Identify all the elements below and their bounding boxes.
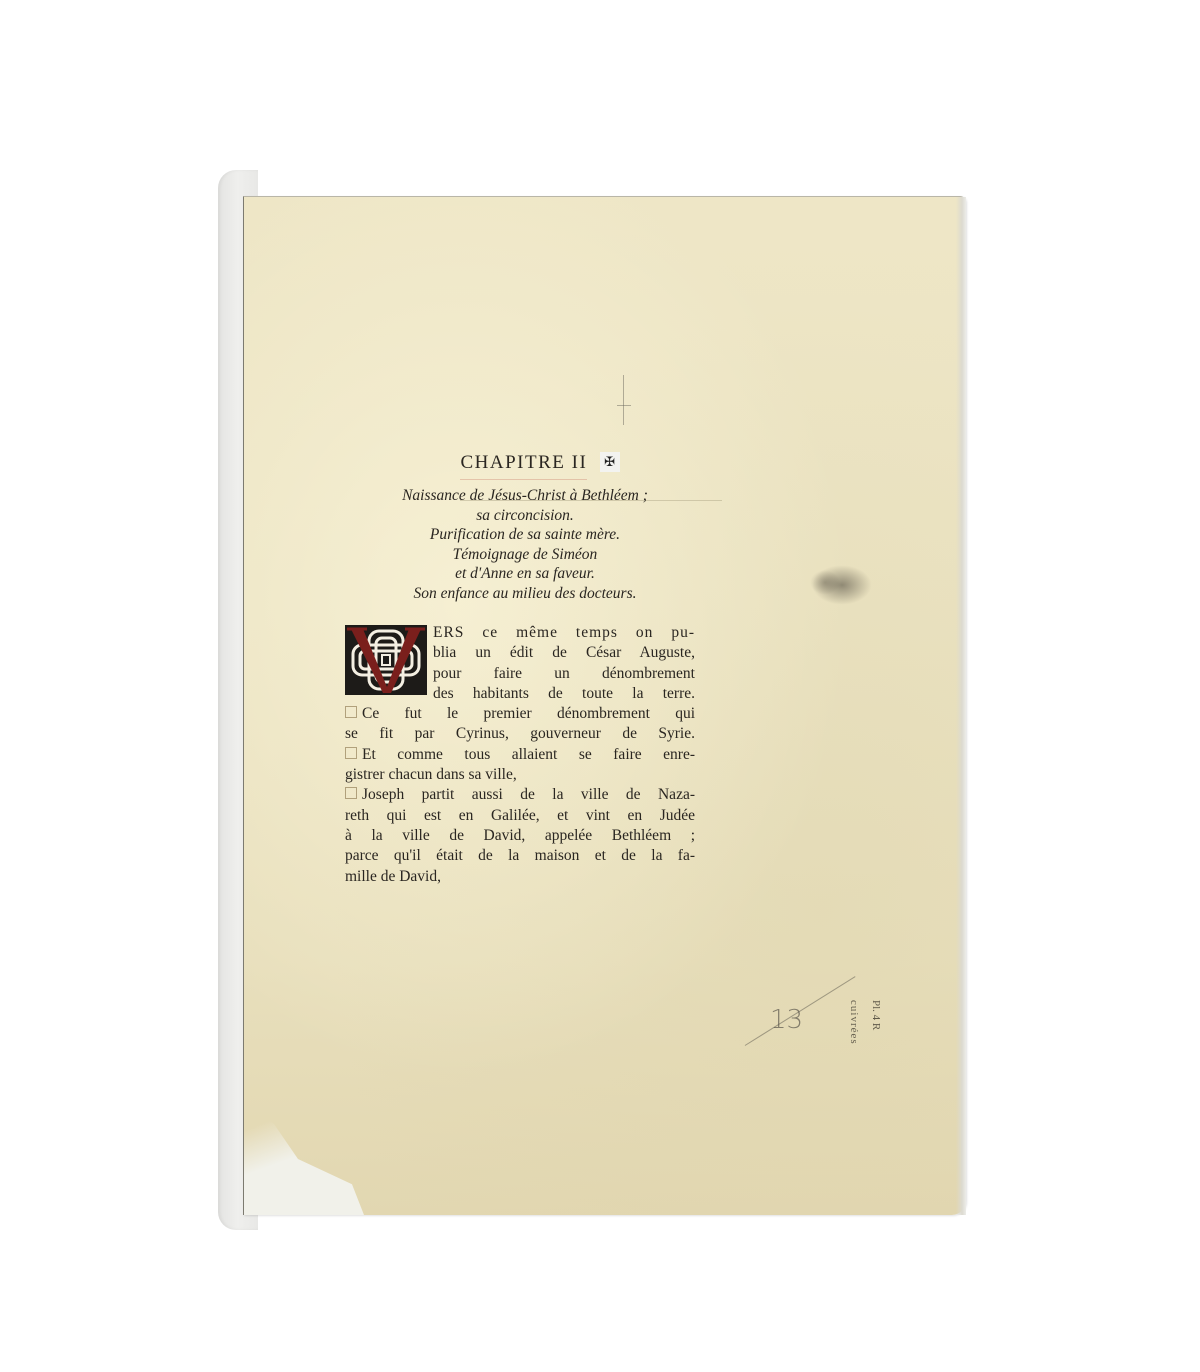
body-line: Joseph partit aussi de la ville de Naza- xyxy=(345,785,695,805)
summary-line: Son enfance au milieu des docteurs. xyxy=(355,584,695,604)
summary-line: Témoignage de Siméon xyxy=(355,545,695,565)
page-content: CHAPITRE II ✠ Naissance de Jésus-Christ … xyxy=(345,448,695,887)
body-text: ERS ce même temps on pu- blia un édit de… xyxy=(345,623,695,887)
summary-line: et d'Anne en sa faveur. xyxy=(355,564,695,584)
verse-mark-icon xyxy=(345,747,357,759)
summary-line: sa circoncision. xyxy=(355,506,695,526)
body-line-text: Joseph partit aussi de la ville de Naza- xyxy=(362,786,695,803)
body-line: reth qui est en Galilée, et vint en Judé… xyxy=(345,806,695,826)
drop-cap-knotwork-icon xyxy=(345,625,427,695)
chapter-summary: Naissance de Jésus-Christ à Bethléem ; s… xyxy=(355,486,695,603)
body-line: se fit par Cyrinus, gouverneur de Syrie. xyxy=(345,724,695,744)
body-line: Ce fut le premier dénombrement qui xyxy=(345,704,695,724)
cross-ornament-icon: ✠ xyxy=(600,452,620,472)
body-line-text: Et comme tous allaient se faire enre- xyxy=(362,746,695,763)
ink-smudge xyxy=(810,570,840,595)
chapter-title: CHAPITRE II xyxy=(460,448,587,480)
pencil-vertical-note: Pl. 4 R xyxy=(870,1000,882,1030)
summary-line: Naissance de Jésus-Christ à Bethléem ; xyxy=(355,486,695,506)
chapter-heading: CHAPITRE II ✠ xyxy=(385,448,695,478)
pencil-cross-mark-icon xyxy=(623,375,630,425)
body-line: parce qu'il était de la maison et de la … xyxy=(345,846,695,866)
worn-corner xyxy=(244,1075,364,1215)
body-line: à la ville de David, appelée Bethléem ; xyxy=(345,826,695,846)
body-line: mille de David, xyxy=(345,867,695,887)
summary-line: Purification de sa sainte mère. xyxy=(355,525,695,545)
torn-right-edge xyxy=(956,197,966,1215)
body-line: Et comme tous allaient se faire enre- xyxy=(345,745,695,765)
illuminated-drop-cap-v xyxy=(345,625,427,695)
body-line: gistrer chacun dans sa ville, xyxy=(345,765,695,785)
body-line-text: Ce fut le premier dénombrement qui xyxy=(362,705,695,722)
verse-mark-icon xyxy=(345,787,357,799)
verse-mark-icon xyxy=(345,706,357,718)
pencil-vertical-note: cuivrées xyxy=(848,1000,860,1045)
